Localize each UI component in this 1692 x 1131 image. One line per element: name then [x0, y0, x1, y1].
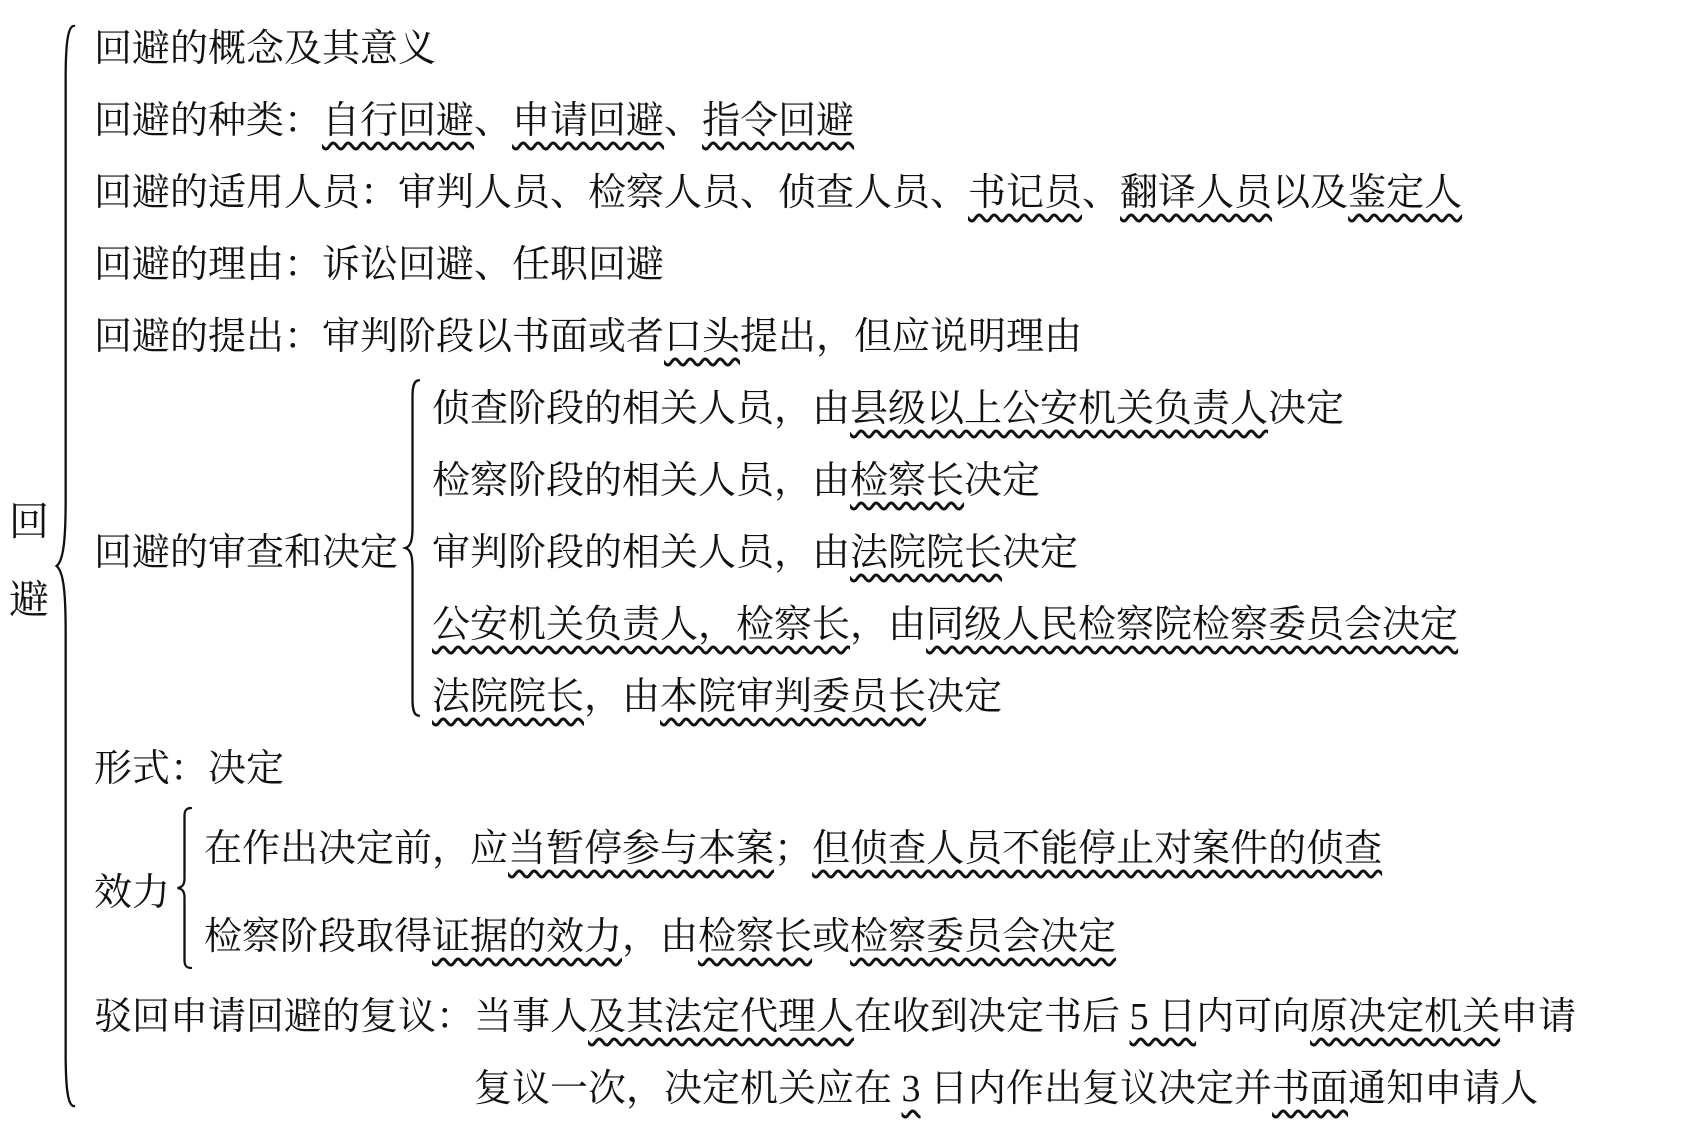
tree-item-reasons: 回避的理由：诉讼回避、任职回避 [94, 224, 1692, 296]
appeal-label: 驳回申请回避的复议： [94, 976, 474, 1048]
item-text: 回避的适用人员：审判人员、检察人员、侦查人员、书记员、翻译人员以及鉴定人 [94, 161, 1462, 216]
emphasis-text: 公安机关负责人，检察长 [432, 604, 850, 646]
emphasis-text: 原决定机关 [1310, 996, 1500, 1038]
emphasis-text: 鉴定人 [1348, 172, 1462, 214]
effect-item-evidence-validity: 检察阶段取得证据的效力，由检察长或检察委员会决定 [204, 888, 1382, 976]
emphasis-text: 法院院长 [850, 532, 1002, 574]
emphasis-text: 检察长 [698, 916, 812, 958]
emphasis-text: 翻译人员 [1120, 172, 1272, 214]
emphasis-text: 法院院长 [432, 676, 584, 718]
tree-item-applicable-personnel: 回避的适用人员：审判人员、检察人员、侦查人员、书记员、翻译人员以及鉴定人 [94, 152, 1692, 224]
appeal-lines: 当事人及其法定代理人在收到决定书后 5 日内可向原决定机关申请 复议一次，决定机… [474, 976, 1576, 1120]
item-text: 复议一次，决定机关应在 3 日内作出复议决定并书面通知申请人 [474, 1057, 1538, 1112]
emphasis-text: 及其法定代理人 [588, 996, 854, 1038]
text: 提出，但应说明理由 [740, 316, 1082, 358]
tree-item-appeal-review: 驳回申请回避的复议： 当事人及其法定代理人在收到决定书后 5 日内可向原决定机关… [94, 976, 1692, 1120]
emphasis-text: 检察委员会决定 [850, 916, 1116, 958]
tree-group-review: 回避的审查和决定 侦查阶段的相关人员，由县级以上公安机关负责人决定 检察阶段的相… [94, 368, 1692, 728]
text: ，由 [622, 916, 698, 958]
text: 内可向 [1196, 996, 1310, 1038]
item-text: 在作出决定前，应当暂停参与本案；但侦查人员不能停止对案件的侦查 [204, 817, 1382, 872]
diagram-content: 回避的概念及其意义 回避的种类：自行回避、申请回避、指令回避 回避的适用人员：审… [78, 8, 1692, 1123]
text: 通知申请人 [1348, 1068, 1538, 1110]
emphasis-text: 指令回避 [702, 100, 854, 142]
appeal-line-1: 当事人及其法定代理人在收到决定书后 5 日内可向原决定机关申请 [474, 976, 1576, 1048]
root-label: 回避 [6, 483, 52, 639]
text: 回避的理由：诉讼回避、任职回避 [94, 244, 664, 286]
review-item-psb-head-procurator-general: 公安机关负责人，检察长，由同级人民检察院检察委员会决定 [432, 584, 1458, 656]
text: 复议一次，决定机关应在 [474, 1068, 902, 1110]
text: 以及 [1272, 172, 1348, 214]
emphasis-text: 本院审判委员长 [660, 676, 926, 718]
emphasis-text: 当暂停参与本案 [508, 828, 774, 870]
review-group-label: 回避的审查和决定 [94, 521, 398, 576]
label-text: 回避的审查和决定 [94, 521, 398, 576]
outer-brace-wrap [52, 12, 78, 1120]
tree-item-types: 回避的种类：自行回避、申请回避、指令回避 [94, 80, 1692, 152]
text: 决定 [964, 460, 1040, 502]
emphasis-text: 同级人民检察院检察委员会决定 [926, 604, 1458, 646]
text: ，由 [850, 604, 926, 646]
tree-item-form: 形式：决定 [94, 728, 1692, 800]
text: 决定 [1002, 532, 1078, 574]
item-text: 侦查阶段的相关人员，由县级以上公安机关负责人决定 [432, 377, 1344, 432]
emphasis-text: 检察长 [850, 460, 964, 502]
text: 检察阶段的相关人员，由 [432, 460, 850, 502]
text: 、 [474, 100, 512, 142]
item-text: 法院院长，由本院审判委员长决定 [432, 665, 1002, 720]
item-text: 回避的理由：诉讼回避、任职回避 [94, 233, 664, 288]
emphasis-text: 书面 [1272, 1068, 1348, 1110]
effect-items: 在作出决定前，应当暂停参与本案；但侦查人员不能停止对案件的侦查 检察阶段取得证据… [204, 800, 1382, 976]
emphasis-text: 书记员 [968, 172, 1082, 214]
text: 申请 [1500, 996, 1576, 1038]
text: 侦查阶段的相关人员，由 [432, 388, 850, 430]
text: 当事人 [474, 996, 588, 1038]
text: 或 [812, 916, 850, 958]
emphasis-text: 5 日 [1130, 996, 1197, 1038]
emphasis-text: 县级以上公安机关负责人 [850, 388, 1268, 430]
emphasis-text: 但侦查人员不能停止对案件的侦查 [812, 828, 1382, 870]
text: 在收到决定书后 [854, 996, 1130, 1038]
effect-item-before-decision: 在作出决定前，应当暂停参与本案；但侦查人员不能停止对案件的侦查 [204, 800, 1382, 888]
review-item-investigation-stage: 侦查阶段的相关人员，由县级以上公安机关负责人决定 [432, 368, 1458, 440]
text: 审判阶段的相关人员，由 [432, 532, 850, 574]
text: 回避的概念及其意义 [94, 28, 436, 70]
text: 在作出决定前，应 [204, 828, 508, 870]
appeal-line-2: 复议一次，决定机关应在 3 日内作出复议决定并书面通知申请人 [474, 1048, 1576, 1120]
text: 决定 [1268, 388, 1344, 430]
recusal-bracket-diagram: 回避 回避的概念及其意义 回避的种类：自行回避、申请回避、指令回避 回避的适用人… [0, 0, 1692, 1131]
review-item-court-president: 法院院长，由本院审判委员长决定 [432, 656, 1458, 728]
review-item-trial-stage: 审判阶段的相关人员，由法院院长决定 [432, 512, 1458, 584]
item-text: 回避的提出：审判阶段以书面或者口头提出，但应说明理由 [94, 305, 1082, 360]
text: 检察阶段取得 [204, 916, 432, 958]
emphasis-text: 口头 [664, 316, 740, 358]
review-items: 侦查阶段的相关人员，由县级以上公安机关负责人决定 检察阶段的相关人员，由检察长决… [432, 368, 1458, 728]
effect-brace [174, 806, 194, 970]
emphasis-text: 证据的效力 [432, 916, 622, 958]
text: 决定 [926, 676, 1002, 718]
emphasis-text: 申请回避 [512, 100, 664, 142]
tree-group-effect: 效力 在作出决定前，应当暂停参与本案；但侦查人员不能停止对案件的侦查 检察阶段取… [94, 800, 1692, 976]
tree-item-raising: 回避的提出：审判阶段以书面或者口头提出，但应说明理由 [94, 296, 1692, 368]
emphasis-text: 自行回避 [322, 100, 474, 142]
outer-brace [52, 12, 78, 1120]
emphasis-text: 3 [902, 1068, 921, 1110]
text: ； [774, 828, 812, 870]
text: 日内作出复议决定并 [921, 1068, 1273, 1110]
label-text: 效力 [94, 861, 170, 916]
item-text: 形式：决定 [94, 737, 284, 792]
item-text: 当事人及其法定代理人在收到决定书后 5 日内可向原决定机关申请 [474, 985, 1576, 1040]
review-brace [402, 376, 422, 720]
item-text: 回避的概念及其意义 [94, 17, 436, 72]
item-text: 检察阶段的相关人员，由检察长决定 [432, 449, 1040, 504]
text: ，由 [584, 676, 660, 718]
item-text: 检察阶段取得证据的效力，由检察长或检察委员会决定 [204, 905, 1116, 960]
text: 回避的种类： [94, 100, 322, 142]
text: 回避的提出：审判阶段以书面或者 [94, 316, 664, 358]
text: 回避的适用人员：审判人员、检察人员、侦查人员、 [94, 172, 968, 214]
text: 、 [1082, 172, 1120, 214]
label-text: 驳回申请回避的复议： [94, 985, 474, 1040]
tree-item-concept: 回避的概念及其意义 [94, 8, 1692, 80]
text: 、 [664, 100, 702, 142]
item-text: 审判阶段的相关人员，由法院院长决定 [432, 521, 1078, 576]
item-text: 回避的种类：自行回避、申请回避、指令回避 [94, 89, 854, 144]
text: 形式：决定 [94, 748, 284, 790]
item-text: 公安机关负责人，检察长，由同级人民检察院检察委员会决定 [432, 593, 1458, 648]
effect-group-label: 效力 [94, 861, 170, 916]
review-item-procuratorial-stage: 检察阶段的相关人员，由检察长决定 [432, 440, 1458, 512]
